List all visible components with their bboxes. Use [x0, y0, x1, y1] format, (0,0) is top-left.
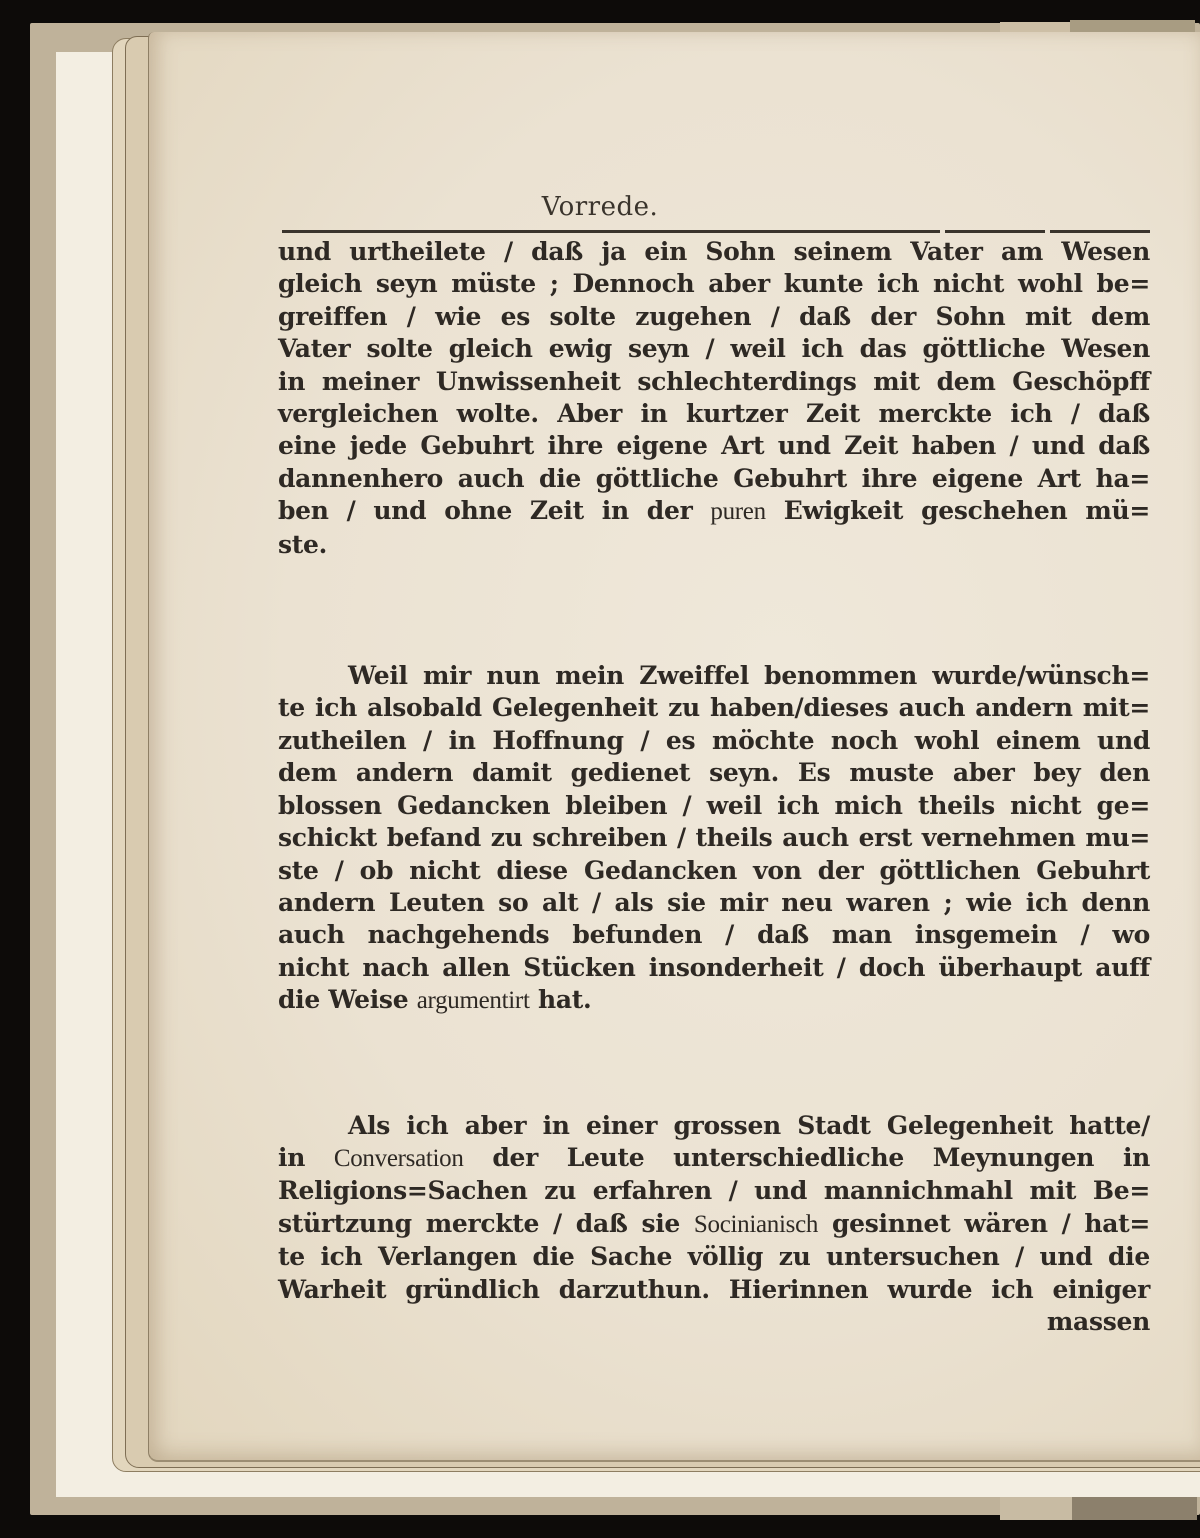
text-line: Vater solte gleich ewig seyn / weil ich …: [278, 333, 1150, 365]
head-rule-1: [282, 230, 940, 233]
paragraph-3: Als ich aber in einer grossen Stadt Gele…: [278, 1110, 1150, 1339]
text-line: ste.: [278, 529, 1150, 561]
paragraph-gap: [278, 561, 1150, 660]
text-line: zutheilen / in Hoffnung / es möchte noch…: [278, 725, 1150, 757]
antiqua-run: Conversation: [334, 1145, 464, 1172]
head-rule-3: [1050, 230, 1150, 233]
fraktur-run: stürtzung merckte / daß sie: [278, 1209, 680, 1238]
fraktur-run: in: [278, 1143, 305, 1172]
fraktur-run: die Weise: [278, 985, 408, 1014]
text-line: blossen Gedancken bleiben / weil ich mic…: [278, 790, 1150, 822]
scan-stage: Vorrede. und urtheilete / daß ja ein Soh…: [0, 0, 1200, 1538]
paragraph-1: und urtheilete / daß ja ein Sohn seinem …: [278, 236, 1150, 561]
text-line: Als ich aber in einer grossen Stadt Gele…: [278, 1110, 1150, 1142]
text-line: schickt befand zu schreiben / theils auc…: [278, 822, 1150, 854]
antiqua-run: puren: [710, 498, 765, 525]
body-text: und urtheilete / daß ja ein Sohn seinem …: [278, 236, 1150, 1338]
antiqua-run: Socinianisch: [694, 1211, 818, 1238]
fraktur-run: der Leute unterschiedliche Meynungen in: [492, 1143, 1150, 1172]
text-line-mixed: stürtzung merckte / daß sie Socinianisch…: [278, 1208, 1150, 1241]
text-line: te ich alsobald Gelegenheit zu haben/die…: [278, 692, 1150, 724]
text-line: ste / ob nicht diese Gedancken von der g…: [278, 855, 1150, 887]
running-head: Vorrede.: [0, 192, 1200, 222]
text-line: gleich seyn müste ; Dennoch aber kunte i…: [278, 268, 1150, 300]
text-line: und urtheilete / daß ja ein Sohn seinem …: [278, 236, 1150, 268]
fraktur-run: gesinnet wären / hat=: [832, 1209, 1150, 1238]
text-line: nicht nach allen Stücken insonderheit / …: [278, 952, 1150, 984]
antiqua-run: argumentirt: [417, 987, 530, 1014]
text-line: in meiner Unwissenheit schlechterdings m…: [278, 366, 1150, 398]
paragraph-gap: [278, 1018, 1150, 1110]
text-line: dem andern damit gedienet seyn. Es muste…: [278, 757, 1150, 789]
fraktur-run: hat.: [538, 985, 591, 1014]
fraktur-run: Ewigkeit geschehen mü=: [784, 496, 1150, 525]
fraktur-run: ben / und ohne Zeit in der: [278, 496, 692, 525]
head-rule-2: [945, 230, 1045, 233]
text-line-mixed: ben / und ohne Zeit in der puren Ewigkei…: [278, 495, 1150, 528]
text-line: auch nachgehends befunden / daß man insg…: [278, 919, 1150, 951]
text-line-mixed: in Conversation der Leute unterschiedlic…: [278, 1142, 1150, 1175]
catchword: massen: [278, 1306, 1150, 1338]
text-line: te ich Verlangen die Sache völlig zu unt…: [278, 1241, 1150, 1273]
text-line: Weil mir nun mein Zweiffel benommen wurd…: [278, 660, 1150, 692]
text-line-mixed: die Weise argumentirt hat.: [278, 984, 1150, 1017]
text-line: dannenhero auch die göttliche Gebuhrt ih…: [278, 463, 1150, 495]
text-line: Religions=Sachen zu erfahren / und manni…: [278, 1175, 1150, 1207]
text-line: eine jede Gebuhrt ihre eigene Art und Ze…: [278, 430, 1150, 462]
paragraph-2: Weil mir nun mein Zweiffel benommen wurd…: [278, 660, 1150, 1017]
text-line: andern Leuten so alt / als sie mir neu w…: [278, 887, 1150, 919]
text-line: greiffen / wie es solte zugehen / daß de…: [278, 301, 1150, 333]
text-line: vergleichen wolte. Aber in kurtzer Zeit …: [278, 398, 1150, 430]
text-line: Warheit gründlich darzuthun. Hierinnen w…: [278, 1274, 1150, 1306]
